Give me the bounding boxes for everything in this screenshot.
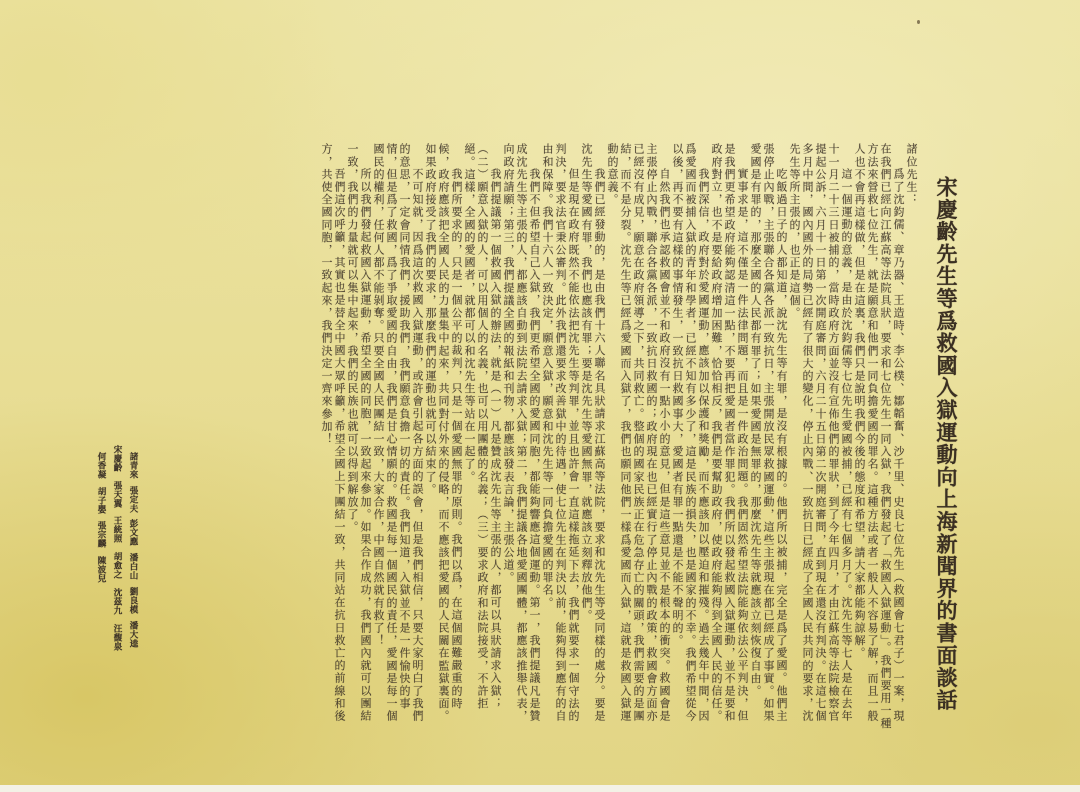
signatory-name: 諸青來 [127,452,139,479]
signatory-name: 張定夫 [127,486,139,513]
document-body: 諸位先生： 爲了沈鈞儒、章乃器、王造時、李公樸、鄒韜奮、沙千里、史良七位先生（救… [148,143,918,731]
paragraph: 不可知就，因爲這次救國入獄運動，或許會引起各方面的誤會，但是我們相信，只要大家明… [372,143,424,731]
scan-border [0,785,1080,792]
signatory-name: 彭文應 [127,519,139,546]
signatory-name: 沈茲九 [111,588,123,615]
signatory-name: 劉良模 [127,587,139,614]
paragraph: 吃飯過日子的人都知道，說沈先生等有罪，是沒有根據的。他們所以被捕，完全是爲了愛國… [749,143,788,731]
paragraph: 我們不但希望自己入獄，我們更希望全國的愛國同胞，都能夠響應這個運動。第一，我們提… [502,143,541,731]
paragraph: 我們提議第一個救國入獄的辦法，就是（一）凡是贊成沈先生等主張的人，都可以具狀請求… [463,143,502,731]
salutation: 諸位先生： [905,143,918,731]
signatory-name: 胡愈之 [111,552,123,579]
signatory-name: 張天翼 [111,481,123,508]
signatory-name: 何香凝 [95,452,107,479]
paragraph: 吾們這次呼籲，其實也是替全中國大眾呼籲，希望全國上下團結一致，共同站在抗日救亡的… [320,143,346,731]
paragraph: 所以我們發起救國入獄運動，希望全國的同胞，一致起來參加。如果合作成功，我們國內就… [346,143,372,731]
scanned-document-page: 宋慶齡先生等爲救國入獄運動向上海新聞界的書面談話 諸位先生： 爲了沈鈞儒、章乃器… [0,0,1080,792]
paragraph: 我們已經發動的，是由我們十六人聯名具狀請求江蘇高等法院，要求和沈先生等受同樣的處… [580,143,606,731]
signatory-name: 潘大逵 [127,621,139,648]
paragraph: 我們所要求的，只是一個公平的裁判，只是一個愛國無罪的原則。我們以爲，在這個國難嚴… [424,143,463,731]
paper-speck [917,20,920,24]
signatory-name: 汪馥泉 [111,624,123,651]
signatory-name: 宋慶齡 [111,445,123,472]
signatory-column: 宋慶齡 張天翼 王統照 胡愈之 沈茲九 汪馥泉 [111,445,123,650]
paragraph: 這一個運動的意義，是由於沈鈞儒等七位先生愛國被捕，已經有七個多月了。沈先生等七人… [788,143,853,731]
paragraph: 自然我們也承認救國會並不和政府沒有一點小小的意見，但是這些意見並不是根本的衝突。… [606,143,671,731]
signatory-name: 王統照 [111,516,123,543]
paragraph: 但是現在政府既然不能依法把沈先生等判罪，並且也許會一直這樣拖延下去，我們就要求一… [541,143,580,731]
signatory-name: 張宗麟 [95,521,107,548]
signatory-name: 陳波兒 [95,556,107,583]
signatory-column: 諸青來 張定夫 彭文應 潘白山 劉良模 潘大逵 [127,452,139,647]
document-title: 宋慶齡先生等爲救國入獄運動向上海新聞界的書面談話 [932,176,960,721]
signatories-block: 諸青來 張定夫 彭文應 潘白山 劉良模 潘大逵 宋慶齡 張天翼 王統照 胡愈之 … [92,440,148,650]
signatory-column: 何香凝 胡子嬰 張宗麟 陳波兒 [95,452,107,583]
paragraph: 我們深信，政府對於愛國運動，應該加以保護和獎勵，而不應該加以壓迫和摧殘。過去幾年… [671,143,710,731]
signatory-name: 潘白山 [127,553,139,580]
paragraph: 爲了沈鈞儒、章乃器、王造時、李公樸、鄒韜奮、沙千里、史良七位先生（救國會七君子）… [853,143,905,731]
signatory-name: 胡子嬰 [95,487,107,514]
paragraph: 實事求是，這不僅是一件法律問題，而且是一件政治問題。我們固然希望法院能夠依法公平… [710,143,749,731]
